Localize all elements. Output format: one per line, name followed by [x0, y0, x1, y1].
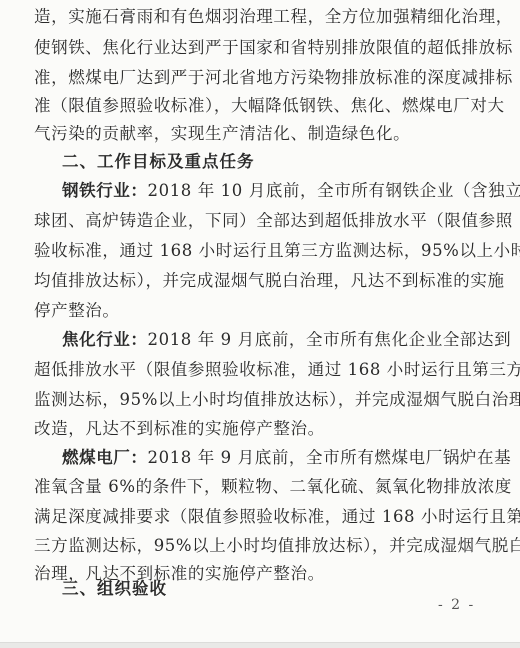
text-line: 使钢铁、焦化行业达到严于国家和省特别排放限值的超低排放标: [34, 33, 484, 62]
text-line: 停产整治。: [34, 296, 484, 325]
text-line: 验收标准，通过 168 小时运行且第三方监测达标，95%以上小时: [34, 236, 484, 265]
power-first-line-text: 2018 年 9 月底前，全市所有燃煤电厂锅炉在基: [148, 448, 512, 467]
page-bottom-edge: [0, 642, 520, 648]
section-heading-2: 二、工作目标及重点任务: [62, 147, 512, 176]
document-page: 造，实施石膏雨和有色烟羽治理工程，全方位加强精细化治理， 使钢铁、焦化行业达到严…: [0, 0, 520, 642]
steel-paragraph-first-line: 钢铁行业：2018 年 10 月底前，全市所有钢铁企业（含独立: [62, 176, 512, 205]
coking-lead: 焦化行业：: [62, 330, 148, 349]
text-line: 造，实施石膏雨和有色烟羽治理工程，全方位加强精细化治理，: [34, 2, 484, 31]
coking-paragraph-first-line: 焦化行业：2018 年 9 月底前，全市所有焦化企业全部达到: [62, 325, 512, 354]
text-line: 满足深度减排要求（限值参照验收标准，通过 168 小时运行且第: [34, 502, 484, 531]
page-number: - 2 -: [438, 597, 475, 613]
text-line: 准，燃煤电厂达到严于河北省地方污染物排放标准的深度减排标: [34, 63, 484, 92]
text-line: 改造，凡达不到标准的实施停产整治。: [34, 414, 484, 443]
text-line: 准氧含量 6%的条件下，颗粒物、二氧化硫、氮氧化物排放浓度: [34, 472, 484, 501]
text-line: 三方监测达标，95%以上小时均值排放达标），并完成湿烟气脱白: [34, 531, 484, 560]
text-line: 准（限值参照验收标准），大幅降低钢铁、焦化、燃煤电厂对大: [34, 91, 484, 120]
power-lead: 燃煤电厂：: [62, 448, 148, 467]
coking-first-line-text: 2018 年 9 月底前，全市所有焦化企业全部达到: [148, 330, 512, 349]
power-paragraph-first-line: 燃煤电厂：2018 年 9 月底前，全市所有燃煤电厂锅炉在基: [62, 443, 512, 472]
text-line: 气污染的贡献率，实现生产清洁化、制造绿色化。: [34, 119, 484, 148]
steel-first-line-text: 2018 年 10 月底前，全市所有钢铁企业（含独立: [148, 181, 520, 200]
text-line: 均值排放达标），并完成湿烟气脱白治理，凡达不到标准的实施: [34, 266, 484, 295]
text-line: 监测达标，95%以上小时均值排放达标），并完成湿烟气脱白治理: [34, 385, 484, 414]
text-line: 超低排放水平（限值参照验收标准，通过 168 小时运行且第三方: [34, 355, 484, 384]
steel-lead: 钢铁行业：: [62, 181, 148, 200]
text-line: 球团、高炉铸造企业，下同）全部达到超低排放水平（限值参照: [34, 206, 484, 235]
